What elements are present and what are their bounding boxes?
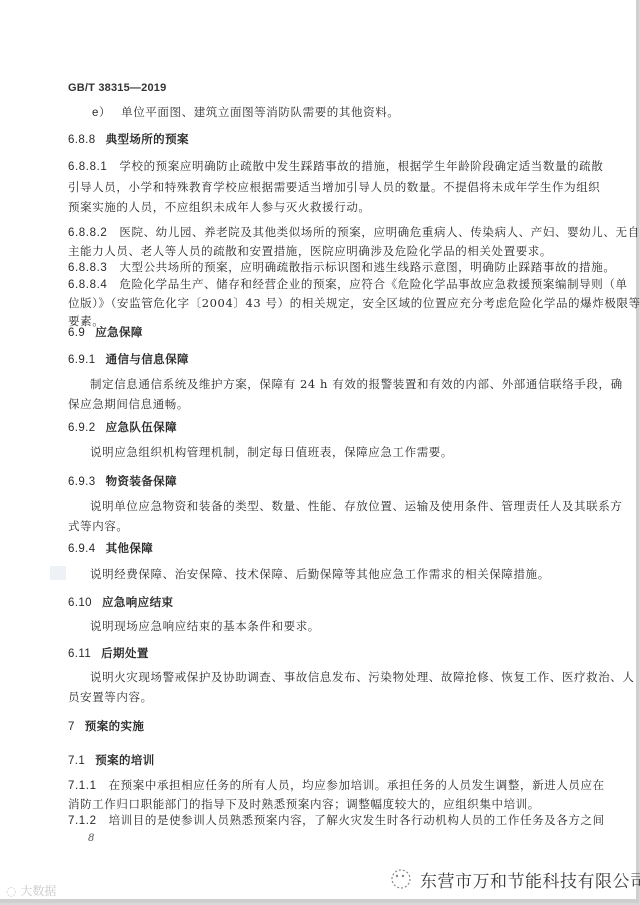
clause-line: 引导人员，小学和特殊教育学校应根据需要适当增加引导人员的数量。不提倡将未成年学生… bbox=[68, 179, 603, 195]
paragraph-line: 员安置等内容。 bbox=[68, 689, 635, 705]
section-title: 其他保障 bbox=[106, 541, 154, 555]
paragraph-6-9-1: 制定信息通信系统及维护方案，保障有 24 h 有效的报警装置和有效的内部、外部通… bbox=[68, 376, 623, 412]
paragraph-line: 说明单位应急物资和装备的类型、数量、性能、存放位置、运输及使用条件、管理责任人及… bbox=[68, 498, 622, 514]
paragraph-6-9-4: 说明经费保障、治安保障、技术保障、后勤保障等其他应急工作需求的相关保障措施。 bbox=[90, 566, 550, 582]
paragraph-line: 说明火灾现场警戒保护及协助调查、事故信息发布、污染物处理、故障抢修、恢复工作、医… bbox=[68, 669, 635, 685]
clause-line: 在预案中承担相应任务的所有人员，均应参加培训。承担任务的人员发生调整，新进人员应… bbox=[109, 778, 605, 792]
clause-line: 位版）》（安监管危化字〔2004〕43 号）的相关规定，安全区域的位置应充分考虑… bbox=[68, 295, 640, 311]
weibo-logo-icon: ◌ bbox=[6, 884, 16, 898]
clause-line: 消防工作归口职能部门的指导下及时熟悉预案内容；调整幅度较大的，应组织集中培训。 bbox=[68, 796, 605, 812]
section-title: 预案的培训 bbox=[95, 753, 155, 767]
section-title: 通信与信息保障 bbox=[106, 352, 189, 366]
section-heading-6-9-1: 6.9.1通信与信息保障 bbox=[68, 351, 189, 367]
section-title: 应急保障 bbox=[95, 325, 143, 339]
section-heading-6-9-2: 6.9.2应急队伍保障 bbox=[68, 419, 177, 435]
clause-line: 学校的预案应明确防止疏散中发生踩踏事故的措施，根据学生年龄阶段确定适当数量的疏散 bbox=[119, 159, 603, 173]
section-heading-6-9: 6.9应急保障 bbox=[68, 324, 143, 340]
section-heading-7-1: 7.1预案的培训 bbox=[68, 752, 155, 768]
chapter-title: 预案的实施 bbox=[85, 719, 145, 733]
clause-line: 大型公共场所的预案，应明确疏散指示标识图和逃生线路示意图，明确防止踩踏事故的措施… bbox=[119, 260, 615, 274]
section-number: 6.9.3 bbox=[68, 476, 96, 488]
document-page: GB/T 38315—2019 e）单位平面图、建筑立面图等消防队需要的其他资料… bbox=[0, 0, 639, 903]
page-number: 8 bbox=[88, 833, 94, 844]
watermark-left: ◌ 大数据 bbox=[6, 882, 56, 899]
section-title: 后期处置 bbox=[101, 646, 149, 660]
paragraph-line: 保应急期间信息通畅。 bbox=[68, 396, 623, 412]
section-heading-6-10: 6.10应急响应结束 bbox=[68, 594, 173, 610]
clause-line: 危险化学品生产、储存和经营企业的预案，应符合《危险化学品事故应急救援预案编制导则… bbox=[119, 277, 627, 291]
paragraph-6-11: 说明火灾现场警戒保护及协助调查、事故信息发布、污染物处理、故障抢修、恢复工作、医… bbox=[68, 669, 635, 705]
section-heading-6-9-4: 6.9.4其他保障 bbox=[68, 540, 153, 556]
clause-number: 6.8.8.3 bbox=[68, 260, 107, 276]
clause-number: 7.1.2 bbox=[68, 813, 97, 829]
clause-line: 要素。 bbox=[68, 313, 640, 329]
section-heading-6-9-3: 6.9.3物资装备保障 bbox=[68, 473, 177, 489]
section-number: 6.9.1 bbox=[68, 354, 96, 366]
section-number: 6.9 bbox=[68, 327, 85, 339]
margin-mark bbox=[50, 566, 66, 580]
paragraph-line: 制定信息通信系统及维护方案，保障有 24 h 有效的报警装置和有效的内部、外部通… bbox=[68, 376, 623, 392]
clause-7-1-1: 7.1.1在预案中承担相应任务的所有人员，均应参加培训。承担任务的人员发生调整，… bbox=[68, 777, 605, 812]
clause-number: 7.1.1 bbox=[68, 778, 97, 794]
section-title: 典型场所的预案 bbox=[106, 132, 189, 146]
section-number: 6.9.4 bbox=[68, 543, 96, 555]
section-number: 7.1 bbox=[68, 755, 85, 767]
section-number: 6.8.8 bbox=[68, 134, 96, 146]
section-number: 6.9.2 bbox=[68, 422, 96, 434]
clause-line: 培训目的是使参训人员熟悉预案内容，了解火灾发生时各行动机构人员的工作任务及各方之… bbox=[109, 813, 605, 827]
watermark-left-text: 大数据 bbox=[20, 884, 56, 898]
clause-6-8-8-4: 6.8.8.4危险化学品生产、储存和经营企业的预案，应符合《危险化学品事故应急救… bbox=[68, 276, 640, 329]
paragraph-6-9-2: 说明应急组织机构管理机制，制定每日值班表，保障应急工作需要。 bbox=[90, 444, 453, 460]
section-title: 物资装备保障 bbox=[106, 474, 177, 488]
paragraph-line: 式等内容。 bbox=[68, 518, 622, 534]
section-heading-6-11: 6.11后期处置 bbox=[68, 645, 149, 661]
clause-number: 6.8.8.4 bbox=[68, 277, 107, 293]
chapter-heading-7: 7预案的实施 bbox=[68, 718, 144, 734]
clause-line: 主能力人员、老人等人员的疏散和安置措施，医院应明确涉及危险化学品的相关处置要求。 bbox=[68, 243, 640, 259]
clause-line: 预案实施的人员，不应组织未成年人参与灭火救援行动。 bbox=[68, 199, 603, 215]
clause-6-8-8-1: 6.8.8.1学校的预案应明确防止疏散中发生踩踏事故的措施，根据学生年龄阶段确定… bbox=[68, 158, 603, 215]
clause-6-8-8-2: 6.8.8.2医院、幼儿园、养老院及其他类似场所的预案，应明确危重病人、传染病人… bbox=[68, 224, 640, 259]
list-item-e: e）单位平面图、建筑立面图等消防队需要的其他资料。 bbox=[92, 104, 399, 121]
paragraph-6-10: 说明现场应急响应结束的基本条件和要求。 bbox=[90, 618, 320, 634]
wechat-logo-icon bbox=[388, 866, 414, 892]
section-title: 应急队伍保障 bbox=[106, 420, 177, 434]
watermark-right: 东营市万和节能科技有限公司 bbox=[388, 866, 640, 892]
section-title: 应急响应结束 bbox=[102, 595, 173, 609]
standard-code: GB/T 38315—2019 bbox=[68, 82, 166, 94]
paragraph-6-9-3: 说明单位应急物资和装备的类型、数量、性能、存放位置、运输及使用条件、管理责任人及… bbox=[68, 498, 622, 534]
chapter-number: 7 bbox=[68, 721, 75, 733]
clause-number: 6.8.8.1 bbox=[68, 159, 107, 175]
section-number: 6.11 bbox=[68, 648, 91, 660]
clause-6-8-8-3: 6.8.8.3大型公共场所的预案，应明确疏散指示标识图和逃生线路示意图，明确防止… bbox=[68, 259, 615, 276]
clause-7-1-2: 7.1.2培训目的是使参训人员熟悉预案内容，了解火灾发生时各行动机构人员的工作任… bbox=[68, 812, 605, 829]
section-number: 6.10 bbox=[68, 597, 92, 609]
list-text: 单位平面图、建筑立面图等消防队需要的其他资料。 bbox=[121, 105, 399, 119]
list-marker: e） bbox=[92, 105, 111, 121]
section-heading-6-8-8: 6.8.8典型场所的预案 bbox=[68, 131, 189, 147]
clause-line: 医院、幼儿园、养老院及其他类似场所的预案，应明确危重病人、传染病人、产妇、婴幼儿… bbox=[119, 225, 639, 239]
clause-number: 6.8.8.2 bbox=[68, 225, 107, 241]
watermark-right-text: 东营市万和节能科技有限公司 bbox=[420, 867, 640, 892]
